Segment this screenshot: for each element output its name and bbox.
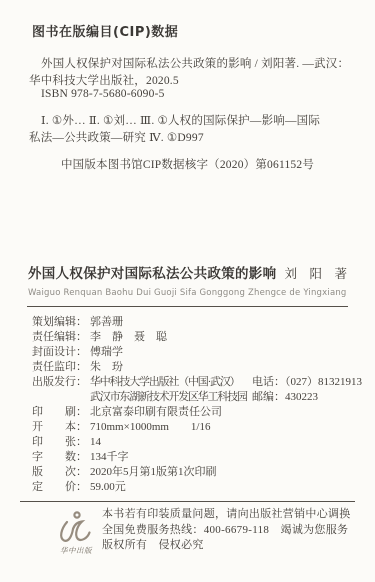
- credit-label: 责任编辑：: [32, 330, 90, 345]
- credit-label: 封面设计：: [32, 345, 90, 360]
- credit-row-publisher: 出版发行：华中科技大学出版社（中国·武汉） 电话：（027）81321913: [32, 375, 247, 390]
- cip-classification-line1: Ⅰ. ①外… Ⅱ. ①刘… Ⅲ. ①人权的国际保护—影响—国际: [41, 112, 320, 128]
- cip-record-line1: 外国人权保护对国际私法公共政策的影响 / 刘阳著. —武汉：: [41, 55, 349, 71]
- credit-row-planning-editor: 策划编辑：郭善珊: [32, 315, 247, 330]
- credit-label: 开 本：: [32, 420, 90, 435]
- credit-row-cover-design: 封面设计：傅瑞学: [32, 345, 247, 360]
- huazhong-press-logo-icon: [50, 511, 102, 544]
- credit-value: 134千字: [90, 451, 129, 463]
- credit-row-responsible-editor: 责任编辑：李 静 聂 聪: [32, 330, 247, 345]
- cip-classification-line2: 私法—公共政策—研究 Ⅳ. ①D997: [29, 129, 204, 145]
- copyright-page: 图书在版编目(CIP)数据 外国人权保护对国际私法公共政策的影响 / 刘阳著. …: [0, 0, 375, 582]
- credit-label: 责任监印：: [32, 360, 90, 375]
- title-divider: [27, 306, 348, 307]
- credit-row-address: 武汉市东湖新技术开发区华工科技园 邮编：430223: [32, 390, 247, 405]
- title-row: 外国人权保护对国际私法公共政策的影响 刘 阳 著: [28, 262, 347, 282]
- postcode-label: 邮编：: [252, 391, 285, 403]
- credit-right: 邮编：430223: [252, 390, 318, 405]
- credit-row-format: 开 本：710mm×1000mm 1/16: [32, 420, 247, 435]
- postcode-value: 430223: [285, 391, 318, 403]
- credit-label: 印 张：: [32, 435, 90, 450]
- credit-value: 郭善珊: [90, 316, 123, 328]
- isbn-number: ISBN 978-7-5680-6090-5: [41, 88, 165, 100]
- credit-value: 傅瑞学: [90, 346, 123, 358]
- phone-label: 电话：: [252, 376, 285, 388]
- credit-label: 印 刷：: [32, 405, 90, 420]
- credit-row-print-supervisor: 责任监印：朱 玢: [32, 360, 247, 375]
- credit-label: 出版发行：: [32, 375, 90, 390]
- book-title-pinyin: Waiguo Renquan Baohu Dui Guoji Sifa Gong…: [28, 288, 347, 298]
- credit-label: 字 数：: [32, 450, 90, 465]
- book-author: 刘 阳 著: [284, 264, 347, 282]
- credit-value: 武汉市东湖新技术开发区华工科技园: [90, 391, 247, 403]
- copyright-notice: 版权所有 侵权必究: [102, 538, 351, 554]
- phone-number: （027）81321913: [285, 376, 362, 388]
- credit-value: 14: [90, 436, 101, 448]
- credit-row-sheets: 印 张：14: [32, 435, 247, 450]
- credit-right: 电话：（027）81321913: [252, 375, 362, 390]
- credit-value: 北京富泰印刷有限责任公司: [90, 406, 222, 418]
- publisher-logo: 华中出版: [50, 511, 102, 556]
- cip-record-line2: 华中科技大学出版社，2020.5: [29, 72, 179, 88]
- credit-row-price: 定 价：59.00元: [32, 480, 247, 495]
- cip-registry-number: 中国版本图书馆CIP数据核字（2020）第061152号: [0, 156, 375, 172]
- credit-value: 李 静 聂 聪: [90, 331, 167, 343]
- credit-row-printer: 印 刷：北京富泰印刷有限责任公司: [32, 405, 247, 420]
- credit-label: 策划编辑：: [32, 315, 90, 330]
- credit-row-wordcount: 字 数：134千字: [32, 450, 247, 465]
- credit-value: 朱 玢: [90, 361, 123, 373]
- credit-value: 710mm×1000mm 1/16: [90, 421, 210, 433]
- quality-notice-line2: 全国免费服务热线：400-6679-118 竭诚为您服务: [102, 523, 351, 539]
- cip-header: 图书在版编目(CIP)数据: [32, 21, 178, 40]
- quality-notice-line1: 本书若有印装质量问题，请向出版社营销中心调换: [102, 507, 351, 523]
- credit-value: 华中科技大学出版社（中国·武汉）: [90, 376, 239, 388]
- credit-value: 59.00元: [90, 481, 126, 493]
- credit-label: 定 价：: [32, 480, 90, 495]
- credit-value: 2020年5月第1版第1次印刷: [90, 466, 217, 478]
- quality-notice: 本书若有印装质量问题，请向出版社营销中心调换 全国免费服务热线：400-6679…: [102, 507, 351, 554]
- credit-row-edition: 版 次：2020年5月第1版第1次印刷: [32, 465, 247, 480]
- publisher-logo-caption: 华中出版: [50, 545, 102, 556]
- credit-label: 版 次：: [32, 465, 90, 480]
- book-title: 外国人权保护对国际私法公共政策的影响: [28, 262, 276, 282]
- publication-credits: 策划编辑：郭善珊 责任编辑：李 静 聂 聪 封面设计：傅瑞学 责任监印：朱 玢 …: [32, 315, 247, 495]
- footer-divider: [20, 501, 355, 502]
